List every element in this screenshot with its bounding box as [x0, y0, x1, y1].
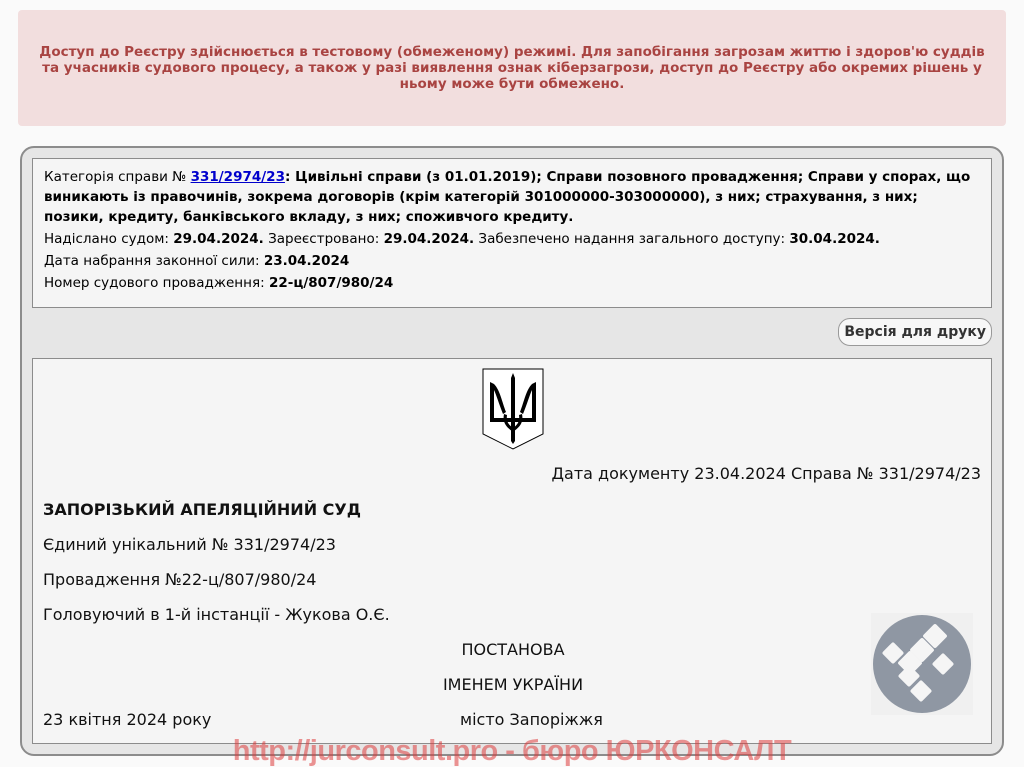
case-number-link[interactable]: 331/2974/23 — [191, 169, 285, 185]
ukraine-trident-emblem-icon — [482, 368, 544, 450]
decision-city: місто Запоріжжя — [460, 710, 603, 729]
case-category: Категорія справи № 331/2974/23: Цивільні… — [44, 167, 980, 227]
case-info-panel: Категорія справи № 331/2974/23: Цивільні… — [32, 158, 992, 308]
case-dates: Надіслано судом: 29.04.2024. Зареєстрова… — [44, 229, 980, 249]
decision-document: Дата документу 23.04.2024 Справа № 331/2… — [32, 358, 992, 744]
decision-frame: Категорія справи № 331/2974/23: Цивільні… — [20, 146, 1004, 756]
proceeding-number: Номер судового провадження: 22-ц/807/980… — [44, 273, 980, 293]
unique-number: Єдиний унікальний № 331/2974/23 — [43, 535, 336, 554]
registered-date: 29.04.2024. — [384, 231, 475, 247]
sent-date: 29.04.2024. — [173, 231, 264, 247]
watermark-text: http://jurconsult.pro - бюро ЮРКОНСАЛТ — [0, 735, 1024, 767]
legal-force-date: Дата набрання законної сили: 23.04.2024 — [44, 251, 980, 271]
print-version-button[interactable]: Версія для друку — [838, 318, 992, 346]
court-name: ЗАПОРІЗЬКИЙ АПЕЛЯЦІЙНИЙ СУД — [43, 500, 361, 519]
access-date: 30.04.2024. — [789, 231, 880, 247]
proceeding-line: Провадження №22-ц/807/980/24 — [43, 570, 316, 589]
decision-title: ПОСТАНОВА — [33, 640, 993, 659]
access-warning-banner: Доступ до Реєстру здійснюється в тестово… — [18, 10, 1006, 126]
decision-date: 23 квітня 2024 року — [43, 710, 211, 729]
presiding-judge: Головуючий в 1-й інстанції - Жукова О.Є. — [43, 605, 390, 624]
access-warning-text: Доступ до Реєстру здійснюється в тестово… — [36, 44, 988, 92]
puzzle-logo-icon — [871, 613, 973, 715]
document-date-line: Дата документу 23.04.2024 Справа № 331/2… — [552, 464, 981, 483]
decision-subtitle: ІМЕНЕМ УКРАЇНИ — [33, 675, 993, 694]
